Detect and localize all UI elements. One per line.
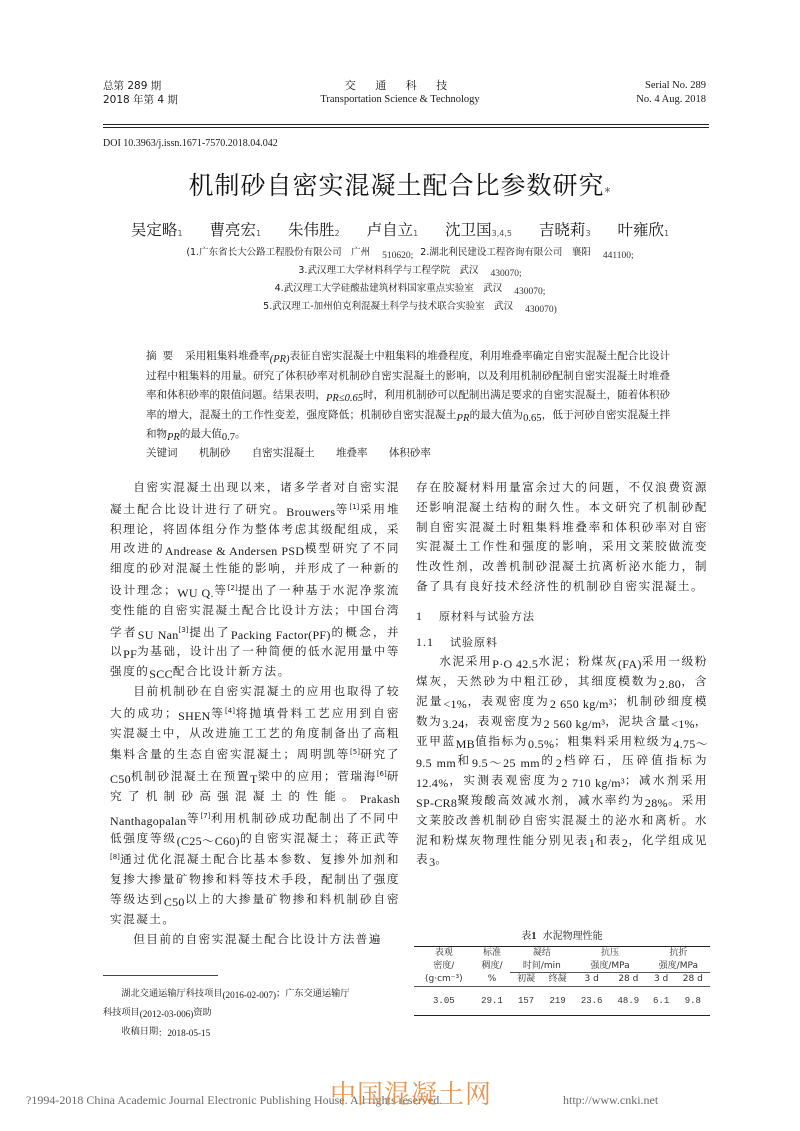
table-header-row: 密度/ 稠度/ 时间/min 强度/MPa 强度/MPa	[414, 960, 710, 973]
paper-title-text: 机制砂自密实混凝土配合比参数研究	[188, 171, 604, 200]
keyword: 自密实混凝土	[252, 447, 315, 459]
section-heading: 1原材料与试验方法	[416, 607, 708, 627]
affiliations: (1.广东省长大公路工程股份有限公司 广州510620; 2.湖北利民建设工程咨…	[100, 244, 720, 316]
keyword: 机制砂	[199, 447, 231, 459]
table-header-row: (g·cm⁻³) % 初凝 终凝 3 d 28 d 3 d 28 d	[414, 973, 710, 987]
issue-date: No. 4 Aug. 2018	[636, 93, 706, 107]
body-left-column: 自密实混凝土出现以来，诸多学者对自密实混凝土配合比设计进行了研究。Brouwer…	[110, 478, 400, 949]
affiliation-line: (1.广东省长大公路工程股份有限公司 广州510620; 2.湖北利民建设工程咨…	[100, 244, 720, 262]
header-rule-thin	[103, 127, 709, 128]
title-footnote-mark: *	[605, 185, 612, 199]
doi[interactable]: DOI 10.3963/j.issn.1671-7570.2018.04.042	[103, 138, 278, 149]
author-list: 吴定略1 曹亮宏1 朱伟胜2 卢自立1 沈卫国3,4,5 吉晓莉3 叶雍欣1	[100, 218, 700, 240]
citation[interactable]: [4]	[225, 707, 235, 715]
table-caption: 表1 水泥物理性能	[416, 927, 708, 942]
citation[interactable]: [7]	[201, 812, 211, 820]
header-rule-thick	[103, 124, 709, 125]
author: 卢自立1	[367, 221, 419, 239]
affiliation-line: 5.武汉理工-加州伯克利混凝土科学与技术联合实验室 武汉430070)	[100, 298, 720, 316]
keyword: 体积砂率	[389, 447, 431, 459]
footnote-rule	[103, 975, 218, 976]
author: 曹亮宏1	[209, 221, 261, 239]
affiliation-line: 4.武汉理工大学硅酸盐建筑材料国家重点实验室 武汉430070;	[100, 280, 720, 298]
journal-name: 交 通 科 技 Transportation Science & Technol…	[300, 79, 500, 107]
paragraph: 存在胶凝材料用量富余过大的问题，不仅浪费资源还影响混凝土结构的耐久性。本文研究了…	[416, 478, 708, 597]
cnki-link[interactable]: http://www.cnki.net	[563, 1093, 658, 1108]
paper-title: 机制砂自密实混凝土配合比参数研究*	[100, 166, 700, 202]
watermark-logo: 中国混凝土网	[330, 1074, 492, 1111]
paragraph: 目前机制砂在自密实混凝土的应用也取得了较大的成功；SHEN等[4]将抛填骨料工艺…	[110, 682, 400, 930]
keyword: 堆叠率	[336, 447, 368, 459]
author: 朱伟胜2	[288, 221, 340, 239]
citation[interactable]: [8]	[110, 853, 120, 861]
journal-name-en: Transportation Science & Technology	[300, 93, 500, 107]
citation[interactable]: [2]	[228, 584, 238, 592]
author: 吴定略1	[131, 221, 183, 239]
citation[interactable]: [1]	[349, 503, 359, 511]
keywords: 关键词 机制砂 自密实混凝土 堆叠率 体积砂率	[146, 445, 670, 460]
issue-info: 总第 289 期 2018 年第 4 期	[103, 79, 178, 107]
abstract-label: 摘要	[146, 350, 179, 362]
abstract: 摘要采用粗集料堆叠率(PR)表征自密实混凝土中粗集料的堆叠程度，利用堆叠率确定自…	[146, 347, 670, 445]
paragraph: 自密实混凝土出现以来，诸多学者对自密实混凝土配合比设计进行了研究。Brouwer…	[110, 478, 400, 682]
affiliation-line: 3.武汉理工大学材料科学与工程学院 武汉430070;	[100, 262, 720, 280]
table-header-row: 表观 标准 凝结 抗压 抗折	[414, 947, 710, 960]
funding-note-cont: 科技项目(2012-03-006)资助	[103, 1003, 403, 1022]
citation[interactable]: [5]	[350, 748, 360, 756]
cement-properties-table: 表观 标准 凝结 抗压 抗折 密度/ 稠度/ 时间/min 强度/MPa 强度/…	[414, 946, 710, 1016]
subsection-heading: 1.1试验原料	[416, 633, 708, 653]
paragraph: 水泥采用P·O 42.5水泥；粉煤灰(FA)采用一级粉煤灰，天然砂为中粗江砂，其…	[416, 652, 708, 870]
serial-info: Serial No. 289 No. 4 Aug. 2018	[636, 79, 706, 107]
funding-note: 湖北交通运输厅科技项目(2016-02-007)；广东交通运输厅	[103, 984, 403, 1003]
keywords-label: 关键词	[146, 447, 178, 459]
issue-total: 总第 289 期	[103, 79, 178, 93]
citation[interactable]: [6]	[377, 770, 387, 778]
journal-name-cn: 交 通 科 技	[300, 79, 500, 93]
serial-number: Serial No. 289	[636, 79, 706, 93]
paragraph: 但目前的自密实混凝土配合比设计方法普遍	[110, 930, 400, 950]
author: 吉晓莉3	[539, 221, 591, 239]
issue-year: 2018 年第 4 期	[103, 93, 178, 107]
received-date: 收稿日期：2018-05-15	[103, 1022, 403, 1041]
footnote: 湖北交通运输厅科技项目(2016-02-007)；广东交通运输厅 科技项目(20…	[103, 984, 403, 1041]
table-row: 3.05 29.1 157 219 23.6 48.9 6.1 9.8	[414, 986, 710, 1016]
citation[interactable]: [3]	[179, 626, 189, 634]
body-right-column: 存在胶凝材料用量富余过大的问题，不仅浪费资源还影响混凝土结构的耐久性。本文研究了…	[416, 478, 708, 870]
author: 叶雍欣1	[617, 221, 669, 239]
author: 沈卫国3,4,5	[445, 221, 512, 239]
